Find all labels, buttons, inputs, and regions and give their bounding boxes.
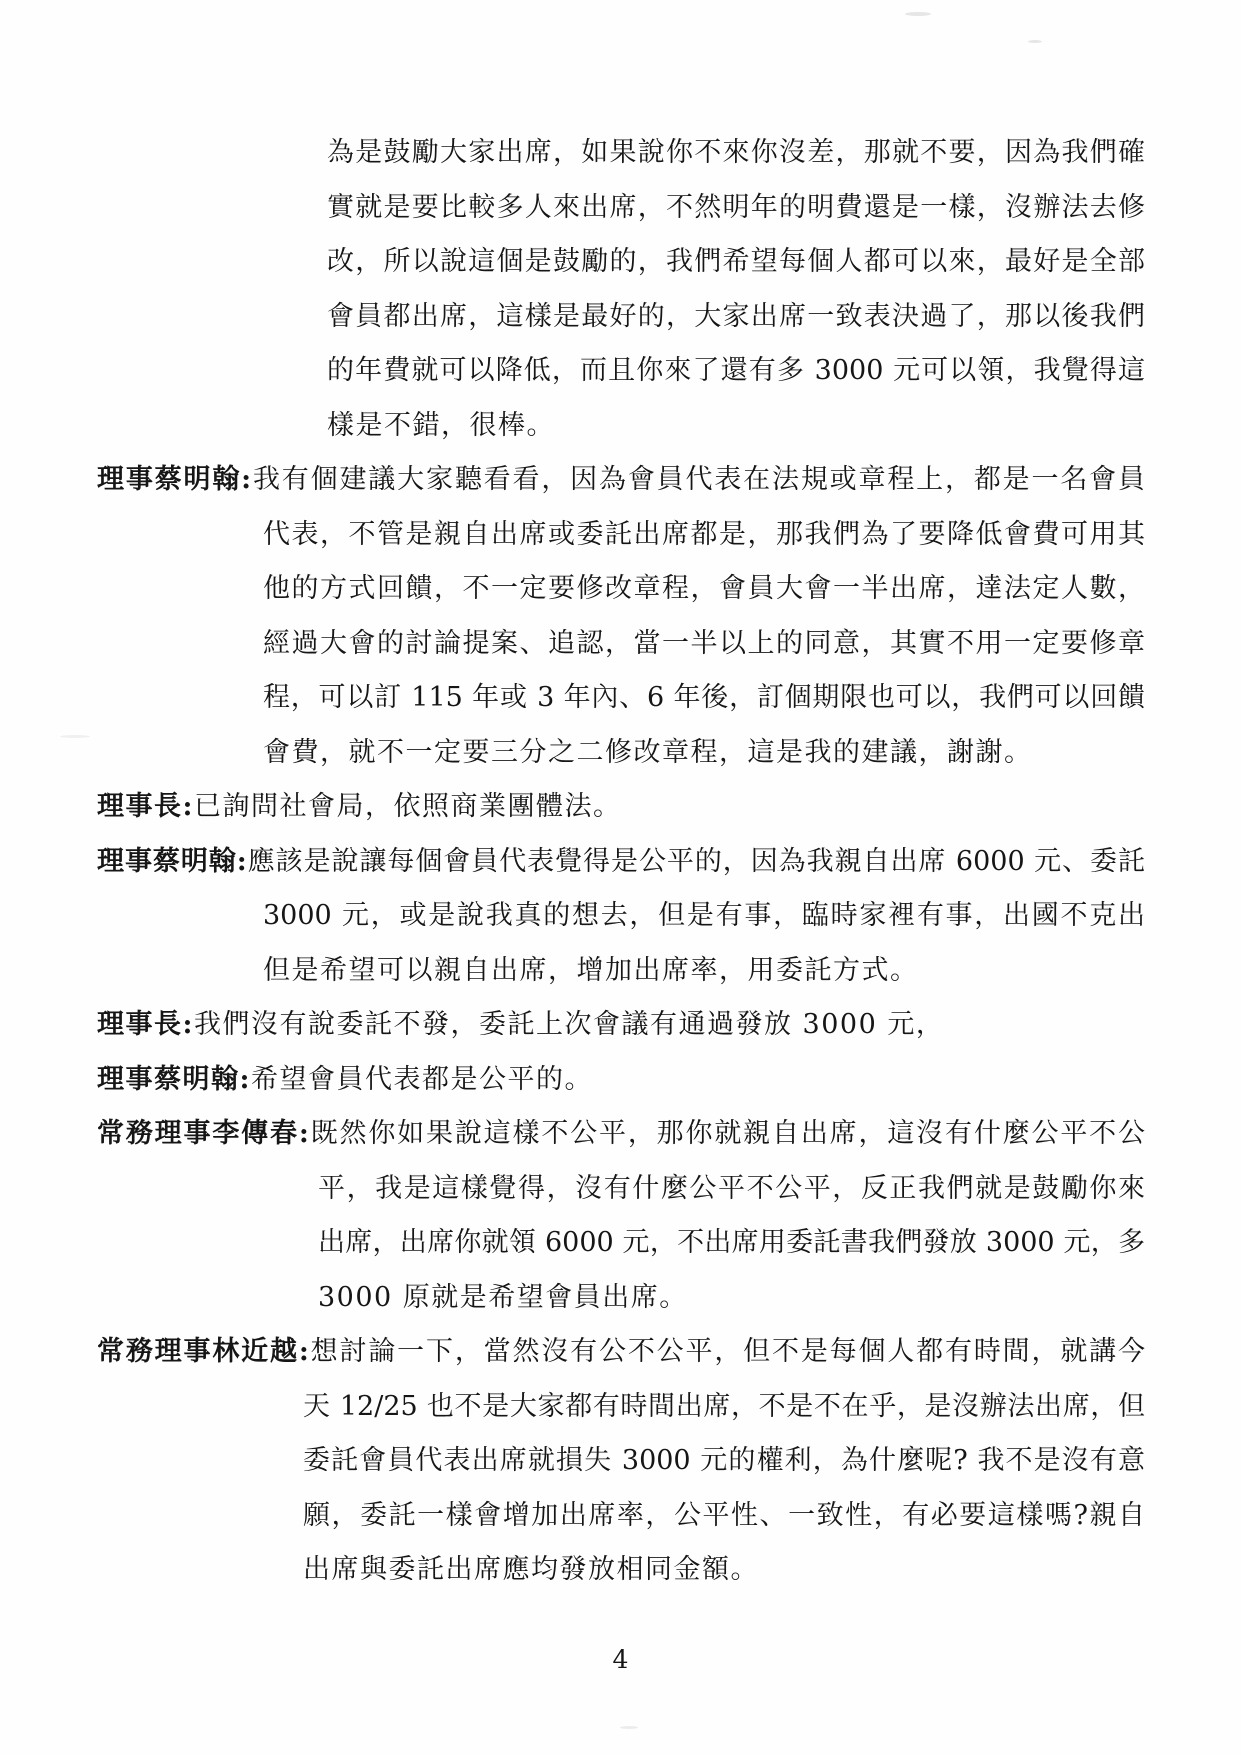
dialogue-line: 委託會員代表出席就損失 3000 元的權利，為什麼呢? 我不是沒有意 <box>303 1434 1145 1489</box>
scan-artifact <box>620 1726 638 1729</box>
scan-artifact <box>905 12 931 16</box>
speaker-label: 理事蔡明翰: <box>97 464 251 495</box>
dialogue-line: 理事蔡明翰:我有個建議大家聽看看，因為會員代表在法規或章程上，都是一名會員 <box>97 453 1145 508</box>
dialogue-line: 天 12/25 也不是大家都有時間出席，不是不在乎，是沒辦法出席，但 <box>303 1380 1145 1435</box>
dialogue-line: 實就是要比較多人來出席，不然明年的明費還是一樣，沒辦法去修 <box>327 181 1145 236</box>
dialogue-line: 程，可以訂 115 年或 3 年內、6 年後，訂個期限也可以，我們可以回饋 <box>263 671 1145 726</box>
dialogue-line: 改，所以說這個是鼓勵的，我們希望每個人都可以來，最好是全部 <box>327 235 1145 290</box>
dialogue-text: 我有個建議大家聽看看，因為會員代表在法規或章程上，都是一名會員 <box>251 464 1145 495</box>
dialogue-line: 會員都出席，這樣是最好的，大家出席一致表決過了，那以後我們 <box>327 290 1145 345</box>
dialogue-line: 常務理事林近越:想討論一下，當然沒有公不公平，但不是每個人都有時間，就講今 <box>97 1325 1145 1380</box>
speaker-label: 理事蔡明翰: <box>97 1064 251 1095</box>
scan-artifact <box>60 735 90 738</box>
dialogue-line: 出席，出席你就領 6000 元，不出席用委託書我們發放 3000 元，多 <box>318 1216 1145 1271</box>
dialogue-line: 會費，就不一定要三分之二修改章程，這是我的建議，謝謝。 <box>263 726 1241 781</box>
dialogue-line: 3000 原就是希望會員出席。 <box>318 1271 1241 1326</box>
dialogue-line: 為是鼓勵大家出席，如果說你不來你沒差，那就不要，因為我們確 <box>327 126 1145 181</box>
dialogue-line: 願，委託一樣會增加出席率，公平性、一致性，有必要這樣嗎?親自 <box>303 1489 1145 1544</box>
dialogue-line: 他的方式回饋，不一定要修改章程，會員大會一半出席，達法定人數， <box>263 562 1145 617</box>
page-number: 4 <box>0 1640 1241 1680</box>
dialogue-line: 代表，不管是親自出席或委託出席都是，那我們為了要降低會費可用其 <box>263 508 1145 563</box>
dialogue-line: 理事長:已詢問社會局，依照商業團體法。 <box>97 780 1241 835</box>
speaker-label: 常務理事李傳春: <box>97 1118 309 1149</box>
dialogue-line: 經過大會的討論提案、追認，當一半以上的同意，其實不用一定要修章 <box>263 617 1145 672</box>
dialogue-line: 但是希望可以親自出席，增加出席率，用委託方式。 <box>263 944 1241 999</box>
document-page: 為是鼓勵大家出席，如果說你不來你沒差，那就不要，因為我們確 實就是要比較多人來出… <box>0 0 1241 1755</box>
dialogue-text: 我們沒有說委託不發，委託上次會議有通過發放 3000 元， <box>194 1009 944 1040</box>
dialogue-line: 理事蔡明翰:希望會員代表都是公平的。 <box>97 1053 1241 1108</box>
dialogue-line: 常務理事李傳春:既然你如果說這樣不公平，那你就親自出席，這沒有什麼公平不公 <box>97 1107 1145 1162</box>
dialogue-line: 平，我是這樣覺得，沒有什麼公平不公平，反正我們就是鼓勵你來 <box>318 1162 1145 1217</box>
dialogue-line: 理事蔡明翰:應該是說讓每個會員代表覺得是公平的，因為我親自出席 6000 元、委… <box>97 835 1145 890</box>
dialogue-text: 希望會員代表都是公平的。 <box>251 1064 593 1095</box>
scan-artifact <box>1028 40 1042 43</box>
dialogue-line: 樣是不錯，很棒。 <box>327 399 1241 454</box>
dialogue-line: 3000 元，或是說我真的想去，但是有事，臨時家裡有事，出國不克出席， <box>263 889 1145 944</box>
speaker-label: 常務理事林近越: <box>97 1336 309 1367</box>
dialogue-text: 已詢問社會局，依照商業團體法。 <box>194 791 622 822</box>
dialogue-text: 想討論一下，當然沒有公不公平，但不是每個人都有時間，就講今 <box>309 1336 1145 1367</box>
dialogue-text: 既然你如果說這樣不公平，那你就親自出席，這沒有什麼公平不公 <box>309 1118 1145 1149</box>
dialogue-text: 應該是說讓每個會員代表覺得是公平的，因為我親自出席 6000 元、委託 <box>247 846 1145 877</box>
speaker-label: 理事蔡明翰: <box>97 846 247 877</box>
dialogue-line: 出席與委託出席應均發放相同金額。 <box>303 1543 1241 1598</box>
meeting-minutes-body: 為是鼓勵大家出席，如果說你不來你沒差，那就不要，因為我們確 實就是要比較多人來出… <box>0 0 1241 1680</box>
dialogue-line: 理事長:我們沒有說委託不發，委託上次會議有通過發放 3000 元， <box>97 998 1241 1053</box>
speaker-label: 理事長: <box>97 1009 194 1040</box>
dialogue-line: 的年費就可以降低，而且你來了還有多 3000 元可以領，我覺得這 <box>327 344 1145 399</box>
speaker-label: 理事長: <box>97 791 194 822</box>
